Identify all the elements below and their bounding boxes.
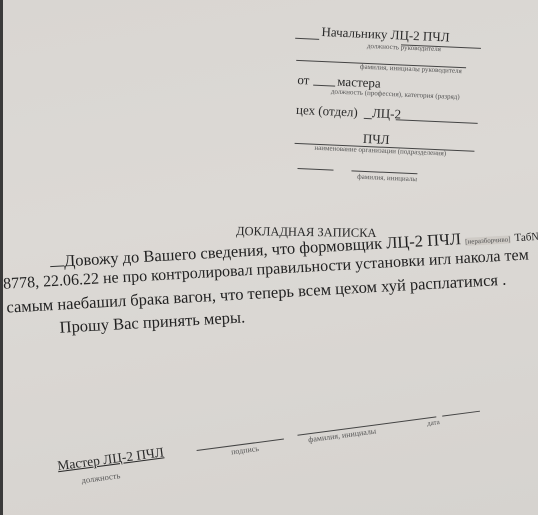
date-rule <box>442 411 480 417</box>
date-caption: дата <box>427 418 441 428</box>
signer-position-caption: должность <box>81 470 121 485</box>
tab-number-label: Таб№ <box>514 231 538 245</box>
signature-block: Мастер ЛЦ-2 ПЧЛ должность подпись фамили… <box>0 0 538 515</box>
signer-position: Мастер ЛЦ-2 ПЧЛ <box>56 444 164 474</box>
